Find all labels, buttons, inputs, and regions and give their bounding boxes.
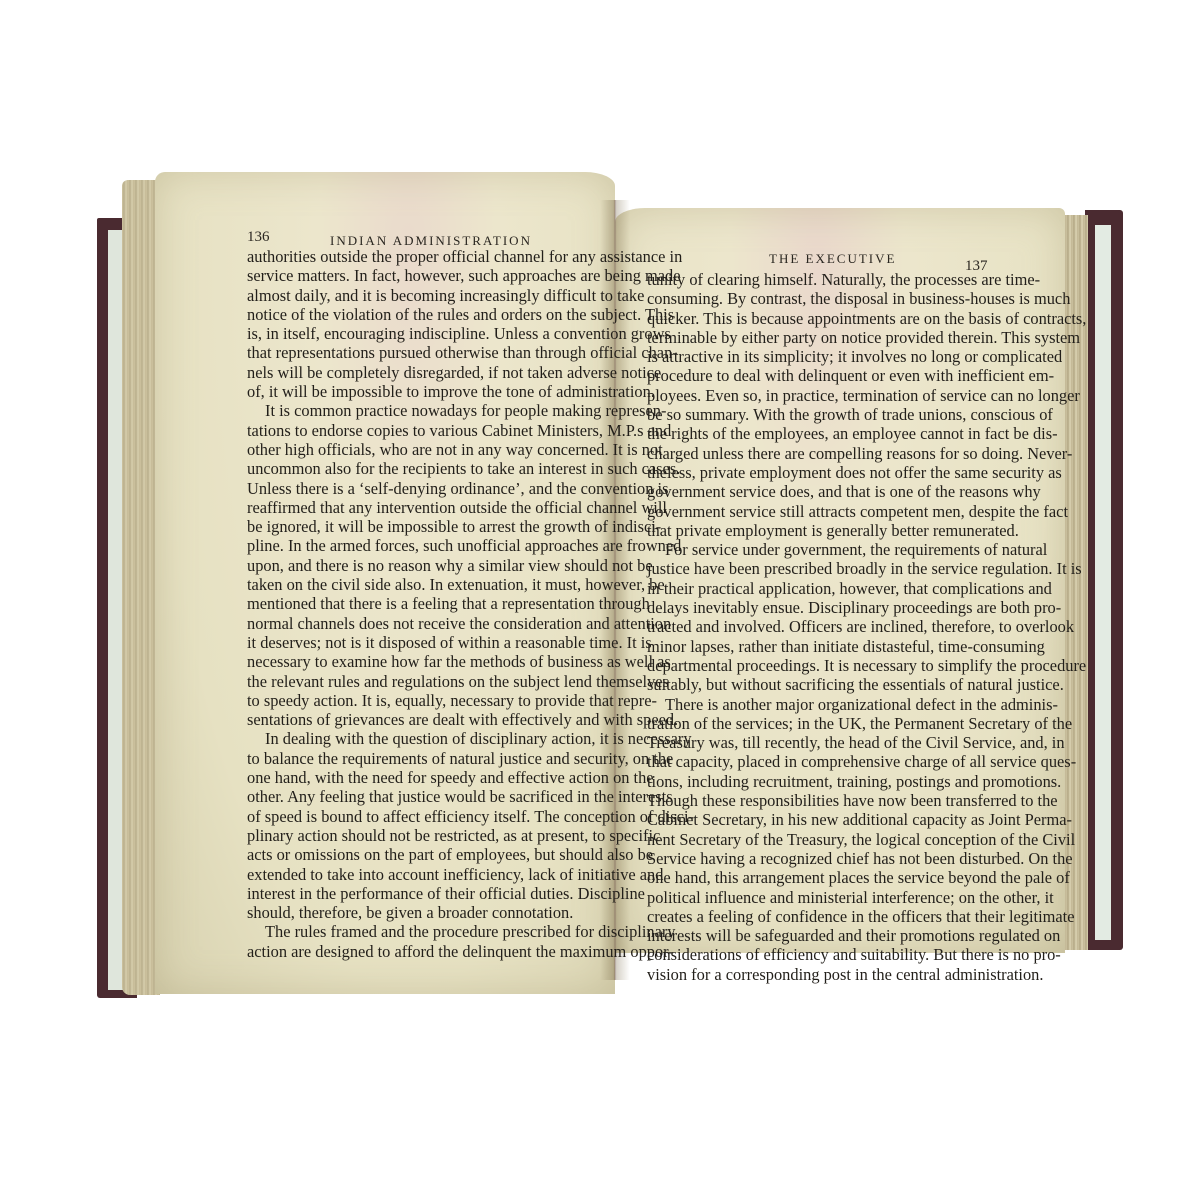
text-line: nels will be completely disregarded, if … <box>247 363 609 382</box>
text-line: interest in the performance of their off… <box>247 884 609 903</box>
text-line: interests will be safeguarded and their … <box>647 926 1005 945</box>
text-line: minor lapses, rather than initiate dista… <box>647 637 1005 656</box>
text-line: nent Secretary of the Treasury, the logi… <box>647 830 1005 849</box>
text-line: terminable by either party on notice pro… <box>647 328 1005 347</box>
left-page-body: authorities outside the proper official … <box>247 247 609 961</box>
left-page-number: 136 <box>247 229 270 246</box>
text-line: other. Any feeling that justice would be… <box>247 787 609 806</box>
text-line: upon, and there is no reason why a simil… <box>247 556 609 575</box>
text-line: Cabinet Secretary, in his new additional… <box>647 810 1005 829</box>
text-line: pline. In the armed forces, such unoffic… <box>247 536 609 555</box>
text-line: vision for a corresponding post in the c… <box>647 965 1005 984</box>
text-line: justice have been prescribed broadly in … <box>647 559 1005 578</box>
text-line: taken on the civil side also. In extenua… <box>247 575 609 594</box>
text-line: In dealing with the question of discipli… <box>247 729 609 748</box>
text-line: necessary to examine how far the methods… <box>247 652 609 671</box>
text-line: action are designed to afford the delinq… <box>247 942 609 961</box>
text-line: mentioned that there is a feeling that a… <box>247 594 609 613</box>
text-line: be ignored, it will be impossible to arr… <box>247 517 609 536</box>
text-line: ployees. Even so, in practice, terminati… <box>647 386 1005 405</box>
text-line: It is common practice nowadays for peopl… <box>247 401 609 420</box>
text-line: in their practical application, however,… <box>647 579 1005 598</box>
text-line: uncommon also for the recipients to take… <box>247 459 609 478</box>
text-line: considerations of efficiency and suitabi… <box>647 945 1005 964</box>
text-line: creates a feeling of confidence in the o… <box>647 907 1005 926</box>
text-line: acts or omissions on the part of employe… <box>247 845 609 864</box>
text-line: normal channels does not receive the con… <box>247 614 609 633</box>
text-line: notice of the violation of the rules and… <box>247 305 609 324</box>
text-line: consuming. By contrast, the disposal in … <box>647 289 1005 308</box>
text-line: reaffirmed that any intervention outside… <box>247 498 609 517</box>
right-page-body: tunity of clearing himself. Naturally, t… <box>647 270 1005 984</box>
text-line: theless, private employment does not off… <box>647 463 1005 482</box>
text-line: tunity of clearing himself. Naturally, t… <box>647 270 1005 289</box>
text-line: charged unless there are compelling reas… <box>647 444 1005 463</box>
text-line: tations to endorse copies to various Cab… <box>247 421 609 440</box>
text-line: the rights of the employees, an employee… <box>647 424 1005 443</box>
text-line: is, in itself, encouraging indiscipline.… <box>247 324 609 343</box>
text-line: to balance the requirements of natural j… <box>247 749 609 768</box>
text-line: Treasury was, till recently, the head of… <box>647 733 1005 752</box>
text-line: plinary action should not be restricted,… <box>247 826 609 845</box>
text-line: of, it will be impossible to improve the… <box>247 382 609 401</box>
text-line: political influence and ministerial inte… <box>647 888 1005 907</box>
open-book: 136 INDIAN ADMINISTRATION authorities ou… <box>0 0 1200 1200</box>
text-line: Though these responsibilities have now b… <box>647 791 1005 810</box>
text-line: There is another major organizational de… <box>647 695 1005 714</box>
text-line: extended to take into account inefficien… <box>247 865 609 884</box>
text-line: almost daily, and it is becoming increas… <box>247 286 609 305</box>
text-line: one hand, this arrangement places the se… <box>647 868 1005 887</box>
text-line: that capacity, placed in comprehensive c… <box>647 752 1005 771</box>
text-line: tions, including recruitment, training, … <box>647 772 1005 791</box>
text-line: suitably, but without sacrificing the es… <box>647 675 1005 694</box>
text-line: of speed is bound to affect efficiency i… <box>247 807 609 826</box>
text-line: to speedy action. It is, equally, necess… <box>247 691 609 710</box>
text-line: quicker. This is because appointments ar… <box>647 309 1005 328</box>
text-line: delays inevitably ensue. Disciplinary pr… <box>647 598 1005 617</box>
text-line: is attractive in its simplicity; it invo… <box>647 347 1005 366</box>
text-line: sentations of grievances are dealt with … <box>247 710 609 729</box>
text-line: departmental proceedings. It is necessar… <box>647 656 1005 675</box>
text-line: tration of the services; in the UK, the … <box>647 714 1005 733</box>
text-line: that representations pursued otherwise t… <box>247 343 609 362</box>
text-line: authorities outside the proper official … <box>247 247 609 266</box>
text-line: it deserves; not is it disposed of withi… <box>247 633 609 652</box>
text-line: one hand, with the need for speedy and e… <box>247 768 609 787</box>
text-line: government service still attracts compet… <box>647 502 1005 521</box>
text-line: should, therefore, be given a broader co… <box>247 903 609 922</box>
text-line: be so summary. With the growth of trade … <box>647 405 1005 424</box>
text-line: For service under government, the requir… <box>647 540 1005 559</box>
endpaper-right <box>1095 225 1111 940</box>
text-line: Service having a recognized chief has no… <box>647 849 1005 868</box>
text-line: government service does, and that is one… <box>647 482 1005 501</box>
right-running-head: THE EXECUTIVE <box>769 251 896 267</box>
text-line: tracted and involved. Officers are incli… <box>647 617 1005 636</box>
text-line: Unless there is a ‘self-denying ordinanc… <box>247 479 609 498</box>
text-line: service matters. In fact, however, such … <box>247 266 609 285</box>
text-line: that private employment is generally bet… <box>647 521 1005 540</box>
text-line: other high officials, who are not in any… <box>247 440 609 459</box>
text-line: the relevant rules and regulations on th… <box>247 672 609 691</box>
text-line: procedure to deal with delinquent or eve… <box>647 366 1005 385</box>
text-line: The rules framed and the procedure presc… <box>247 922 609 941</box>
